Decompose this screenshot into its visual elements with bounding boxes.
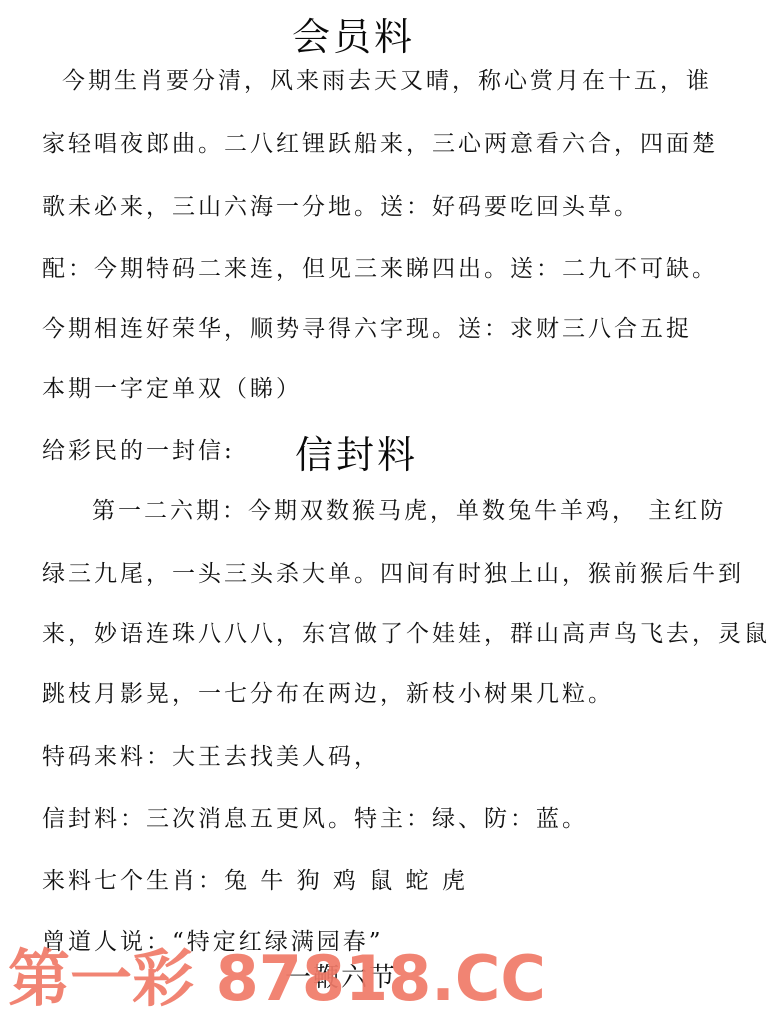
paragraph-line: 今期相连好荣华，顺势寻得六字现。送：求财三八合五捉 (42, 318, 692, 341)
watermark-text: 第一彩 87818.CC (8, 948, 546, 1010)
section-title-envelope-material: 信封料 (295, 436, 418, 474)
paragraph-line: 第一二六期：今期双数猴马虎，单数兔牛羊鸡， 主红防 (92, 500, 726, 523)
section-title-member-material: 会员料 (292, 18, 415, 56)
paragraph-line: 歌未必来，三山六海一分地。送：好码要吃回头草。 (42, 196, 640, 219)
paragraph-line: 本期一字定单双（睇） (42, 378, 302, 401)
paragraph-line: 跳枝月影晃，一七分布在两边，新枝小树果几粒。 (42, 683, 614, 706)
paragraph-line: 今期生肖要分清，风来雨去天又晴，称心赏月在十五，谁 (62, 70, 712, 93)
letter-prefix-label: 给彩民的一封信: (42, 440, 235, 463)
paragraph-line: 配：今期特码二来连，但见三来睇四出。送：二九不可缺。 (42, 258, 718, 281)
paragraph-line: 绿三九尾，一头三头杀大单。四间有时独上山，猴前猴后牛到 (42, 563, 744, 586)
paragraph-line: 特码来料：大王去找美人码， (42, 746, 380, 769)
paragraph-line: 信封料：三次消息五更风。特主：绿、防：蓝。 (42, 808, 588, 831)
paragraph-line: 来料七个生肖：兔 牛 狗 鸡 鼠 蛇 虎 (42, 870, 468, 893)
paragraph-line: 家轻唱夜郎曲。二八红锂跃船来，三心两意看六合，四面楚 (42, 133, 718, 156)
paragraph-line: 来，妙语连珠八八八，东宫做了个娃娃，群山高声鸟飞去，灵鼠 (42, 623, 770, 646)
